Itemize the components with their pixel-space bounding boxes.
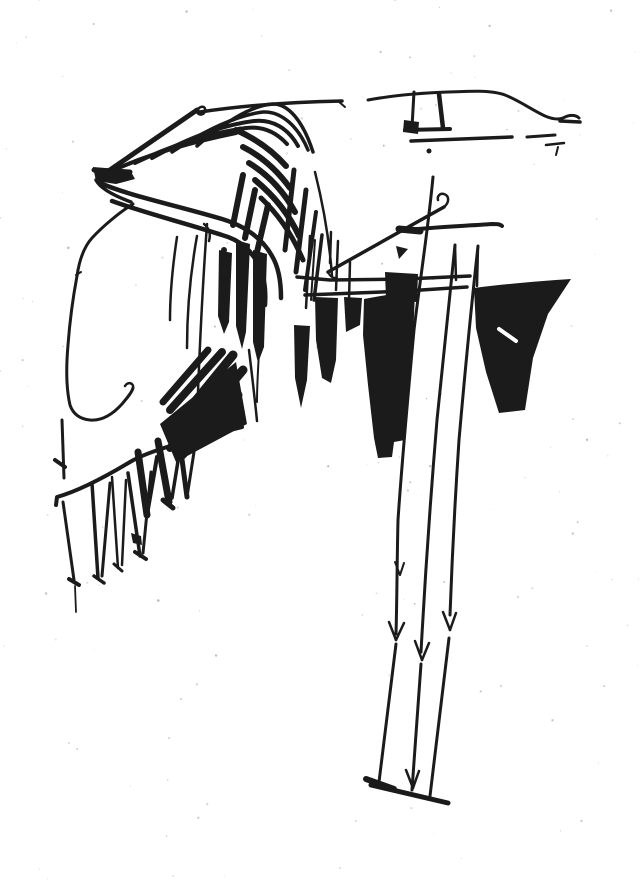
descender-stroke bbox=[187, 236, 197, 348]
speckle-dot bbox=[62, 76, 64, 78]
cheek-stroke bbox=[67, 204, 133, 420]
speckle-dot bbox=[586, 645, 587, 646]
speckle-dot bbox=[429, 465, 431, 467]
speckle-dot bbox=[0, 217, 1, 219]
speckle-dot bbox=[596, 572, 597, 573]
speckle-dot bbox=[524, 477, 526, 479]
descender-stroke bbox=[170, 237, 177, 320]
speckle-dot bbox=[339, 867, 341, 869]
speckle-dot bbox=[564, 100, 565, 101]
speckle-dot bbox=[626, 625, 628, 627]
speckle-dot bbox=[381, 263, 383, 265]
speckle-dot bbox=[635, 51, 637, 53]
cheek-outline bbox=[67, 204, 133, 420]
spike-tail bbox=[75, 586, 76, 612]
speckle-dot bbox=[261, 35, 262, 36]
speckle-dot bbox=[104, 194, 105, 195]
speckle-dot bbox=[177, 507, 179, 509]
speckle-dot bbox=[72, 280, 73, 281]
dark-slab bbox=[363, 291, 415, 458]
speckle-dot bbox=[68, 742, 70, 744]
speckle-dot bbox=[550, 447, 551, 448]
speckle-dot bbox=[607, 455, 608, 456]
speckle-dot bbox=[172, 875, 174, 877]
speckle-dot bbox=[214, 326, 216, 328]
speckle-dot bbox=[39, 869, 40, 870]
pole-lower-line bbox=[430, 638, 449, 796]
speckle-dot bbox=[474, 77, 475, 78]
speckle-dot bbox=[22, 425, 24, 427]
beak-top-stroke bbox=[94, 170, 130, 172]
speckle-dot bbox=[577, 521, 579, 523]
small-triangle-mark bbox=[396, 246, 408, 259]
speckle-dot bbox=[488, 25, 490, 27]
cheek-end-curl bbox=[125, 383, 133, 388]
speckle-dot bbox=[433, 833, 434, 834]
speckle-dot bbox=[130, 786, 131, 787]
speckle-dot bbox=[215, 654, 217, 656]
fringe-spike bbox=[112, 477, 118, 568]
scribble-mane bbox=[160, 130, 322, 462]
speckle-dot bbox=[598, 762, 600, 764]
pole-line bbox=[450, 246, 478, 615]
top-rail-with-notch bbox=[368, 91, 580, 155]
arc-thick-blob bbox=[399, 229, 420, 231]
paper-speckle bbox=[0, 0, 639, 879]
spike-foot bbox=[69, 579, 79, 585]
speckle-dot bbox=[62, 346, 63, 347]
speckle-dot bbox=[288, 69, 290, 71]
speckle-dot bbox=[611, 578, 613, 580]
arrowhead-barb bbox=[400, 563, 404, 575]
speckle-dot bbox=[407, 489, 409, 491]
roof-canopy bbox=[104, 101, 345, 174]
hanging-bar bbox=[236, 240, 250, 349]
fringe-spike bbox=[102, 483, 110, 576]
rail-end-dash bbox=[560, 121, 580, 122]
speckle-dot bbox=[94, 649, 95, 650]
speckle-dot bbox=[560, 830, 561, 831]
speckle-dot bbox=[327, 465, 329, 467]
speckle-dot bbox=[135, 284, 137, 286]
speckle-dot bbox=[619, 422, 621, 424]
speckle-dot bbox=[490, 509, 491, 510]
jaw-fringe bbox=[55, 420, 242, 612]
speckle-dot bbox=[409, 56, 411, 58]
speckle-dot bbox=[388, 675, 390, 677]
under-rail-dash-2 bbox=[546, 143, 564, 145]
speckle-dot bbox=[180, 698, 182, 700]
speckle-dot bbox=[586, 439, 588, 441]
dark-wedge bbox=[455, 245, 571, 413]
speckle-dot bbox=[25, 36, 26, 37]
speckle-dot bbox=[76, 748, 78, 750]
speckle-dot bbox=[518, 110, 520, 112]
speckle-dot bbox=[185, 10, 187, 12]
neck-stroke bbox=[62, 420, 64, 478]
speckle-dot bbox=[500, 685, 502, 687]
speckle-dot bbox=[379, 51, 381, 53]
speckle-dot bbox=[243, 439, 244, 440]
speckle-dot bbox=[86, 582, 88, 584]
speckle-dot bbox=[420, 108, 422, 110]
speckle-dot bbox=[196, 683, 198, 685]
top-rail-stroke bbox=[368, 91, 579, 119]
speckle-dot bbox=[595, 254, 596, 255]
sketch-canvas bbox=[0, 0, 640, 881]
speckle-dot bbox=[367, 464, 368, 465]
speckle-dot bbox=[224, 875, 225, 876]
speckle-dot bbox=[161, 256, 163, 258]
speckle-dot bbox=[16, 42, 17, 43]
speckle-dot bbox=[255, 505, 256, 506]
speckle-dot bbox=[421, 495, 422, 496]
fringe-spike bbox=[122, 480, 126, 565]
speckle-dot bbox=[570, 325, 572, 327]
speckle-dot bbox=[480, 690, 482, 692]
speckle-dot bbox=[603, 685, 605, 687]
speckle-dot bbox=[168, 737, 170, 739]
speckle-dot bbox=[253, 8, 254, 9]
speckle-dot bbox=[226, 242, 228, 244]
speckle-dot bbox=[517, 596, 519, 598]
speckle-dot bbox=[67, 247, 70, 250]
speckle-dot bbox=[443, 581, 445, 583]
speckle-dot bbox=[197, 817, 199, 819]
speckle-dot bbox=[47, 514, 49, 516]
under-lintel-bar bbox=[315, 297, 338, 383]
speckle-dot bbox=[404, 599, 405, 600]
speckle-dot bbox=[531, 587, 533, 589]
under-rail-dash-1 bbox=[527, 135, 555, 137]
speckle-dot bbox=[23, 298, 24, 299]
speckle-dot bbox=[0, 371, 1, 372]
speckle-dot bbox=[399, 456, 401, 458]
speckle-dot bbox=[66, 94, 67, 95]
notch-right-edge bbox=[439, 94, 443, 128]
hanging-bar bbox=[218, 250, 232, 334]
speckle-dot bbox=[533, 164, 534, 165]
speckle-dot bbox=[450, 72, 452, 74]
arrowhead-barb bbox=[422, 643, 429, 660]
fringe-spike-thick bbox=[138, 452, 147, 515]
speckle-dot bbox=[580, 820, 582, 822]
speckle-dot bbox=[6, 148, 7, 149]
fringe-spike bbox=[172, 455, 179, 498]
speckle-dot bbox=[551, 719, 553, 721]
fringe-spike bbox=[187, 452, 194, 497]
speckle-dot bbox=[55, 638, 57, 640]
speckle-dot bbox=[157, 599, 160, 602]
under-rail-tick bbox=[556, 147, 558, 155]
speckle-dot bbox=[206, 803, 208, 805]
ink-sketch-figure bbox=[0, 0, 640, 881]
speckle-dot bbox=[414, 603, 416, 605]
under-lintel-bar bbox=[344, 297, 362, 332]
artwork-page: { "artwork": { "description": "Loose ges… bbox=[0, 0, 640, 881]
speckle-dot bbox=[4, 645, 6, 647]
speckle-dot bbox=[167, 779, 169, 781]
speckle-dot bbox=[72, 141, 74, 143]
speckle-dot bbox=[350, 138, 352, 140]
speckle-dot bbox=[461, 858, 462, 859]
mane-stroke bbox=[233, 175, 243, 225]
speckle-dot bbox=[559, 491, 560, 492]
descender-stroke bbox=[249, 350, 257, 421]
speckle-dot bbox=[353, 251, 354, 252]
speckle-dot bbox=[596, 218, 598, 220]
mane-stroke bbox=[243, 147, 290, 188]
ink-dot bbox=[427, 149, 432, 154]
speckle-dot bbox=[506, 129, 507, 130]
above-lintel-stroke bbox=[349, 262, 350, 300]
speckle-dot bbox=[633, 123, 634, 124]
speckle-dot bbox=[610, 10, 612, 12]
speckle-dot bbox=[383, 145, 385, 147]
speckle-dot bbox=[572, 532, 574, 534]
speckle-dot bbox=[362, 614, 363, 615]
speckle-dot bbox=[362, 96, 364, 98]
above-lintel-stroke bbox=[330, 232, 331, 263]
speckle-dot bbox=[286, 152, 288, 154]
speckle-dot bbox=[98, 585, 99, 586]
spike-blob bbox=[131, 533, 142, 545]
speckle-dot bbox=[435, 104, 437, 106]
hanging-bar bbox=[253, 250, 267, 363]
speckle-dot bbox=[637, 665, 638, 666]
speckle-dot bbox=[572, 418, 574, 420]
fringe-spike bbox=[92, 483, 98, 578]
arch-band bbox=[100, 172, 332, 305]
under-rail-line bbox=[411, 137, 512, 141]
speckle-dot bbox=[394, 0, 395, 1]
speckle-dot bbox=[473, 55, 475, 57]
speckle-dot bbox=[426, 398, 427, 399]
speckle-dot bbox=[102, 526, 104, 528]
speckle-dot bbox=[32, 301, 33, 302]
notch-corner-blob bbox=[403, 120, 419, 134]
speckle-dot bbox=[45, 592, 47, 594]
under-lintel-bar bbox=[294, 325, 310, 408]
speckle-dot bbox=[355, 820, 357, 822]
fringe-spike bbox=[63, 502, 74, 580]
speckle-dot bbox=[300, 117, 302, 119]
speckle-dot bbox=[166, 835, 167, 836]
lintel-upper-line bbox=[297, 276, 470, 280]
pole-lines bbox=[366, 177, 478, 803]
speckle-dot bbox=[39, 0, 40, 1]
speckle-dot bbox=[47, 878, 48, 879]
speckle-dot bbox=[579, 134, 580, 135]
speckle-dot bbox=[376, 593, 377, 594]
speckle-dot bbox=[199, 610, 200, 611]
speckle-dot bbox=[378, 462, 380, 464]
speckle-dot bbox=[62, 192, 63, 193]
speckle-dot bbox=[141, 400, 143, 402]
wedge-shape bbox=[474, 279, 571, 413]
speckle-dot bbox=[93, 23, 95, 25]
fringe-spike-thick bbox=[181, 452, 187, 497]
diagonal-top-hook bbox=[438, 194, 448, 207]
speckle-dot bbox=[409, 481, 411, 483]
speckle-dot bbox=[28, 386, 29, 387]
pole-lower-line bbox=[379, 644, 396, 782]
speckle-dot bbox=[248, 514, 250, 516]
speckle-dot bbox=[439, 7, 440, 8]
speckle-dot bbox=[410, 807, 412, 809]
speckle-dot bbox=[22, 359, 24, 361]
speckle-dot bbox=[638, 578, 639, 579]
